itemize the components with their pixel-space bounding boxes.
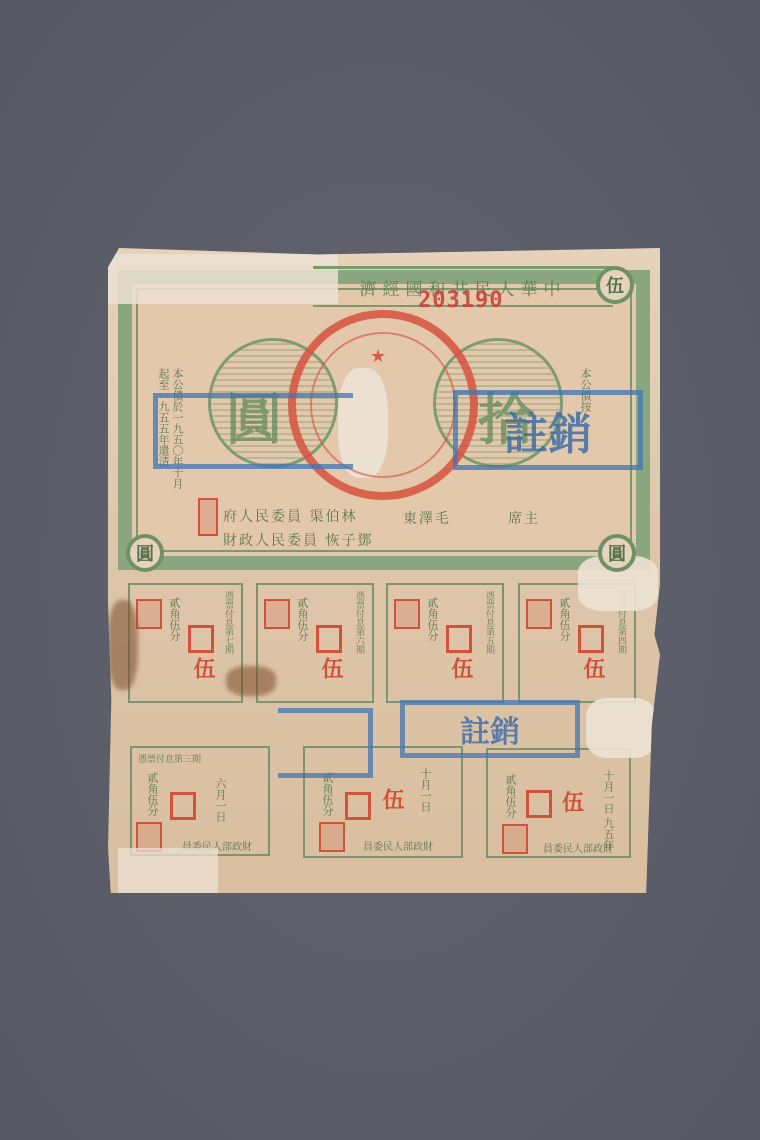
- coupon-label: 貳角伍分: [502, 774, 518, 818]
- bond-certificate: 伍 圓 圓 中華人民共和國經濟 203190 圓 拾 本公債於一九五〇年十月起至…: [108, 248, 660, 893]
- coupon-date: 六月一日: [212, 778, 228, 822]
- serial-number: 203190: [418, 288, 503, 313]
- coupon-amount: 伍: [316, 657, 347, 679]
- coupon-label: 貳角伍分: [556, 597, 572, 641]
- signature-left-2: 鄧子恢 員委民人政財: [223, 530, 373, 550]
- coupon-seal: [502, 824, 528, 854]
- cancel-stamp-text: 註銷: [460, 707, 520, 751]
- coupon-seal: [526, 599, 552, 629]
- signature-right-1: 毛澤東: [403, 508, 451, 528]
- coupon-amount: 伍: [188, 657, 219, 679]
- coupon-unit-box: [526, 790, 552, 818]
- coupon-label: 貳角伍分: [166, 597, 182, 641]
- blue-cancel-stamp-left: [153, 393, 353, 469]
- coupon-seal: [136, 599, 162, 629]
- coupon-7: 貳角伍分 伍 十月一日 九五年 財政部人民委員: [486, 748, 631, 858]
- star-icon: ★: [370, 346, 386, 367]
- coupon-amount: 伍: [578, 657, 609, 679]
- coupon-date: 十月一日: [417, 768, 433, 812]
- corner-char: 伍: [606, 272, 624, 298]
- coupon-label: 貳角伍分: [424, 597, 440, 641]
- coupon-date: 十月一日 九五年: [600, 770, 616, 851]
- corner-char: 圓: [608, 540, 626, 566]
- corner-char: 圓: [136, 540, 154, 566]
- paper-worn-bottom: [118, 848, 218, 893]
- coupon-seal: [264, 599, 290, 629]
- coupon-unit-box: [316, 625, 342, 653]
- coupon-unit-box: [170, 792, 196, 820]
- paper-torn-edge: [586, 698, 656, 758]
- signature-left-1: 林伯渠 員委民人府: [223, 506, 357, 526]
- coupon-amount: 伍: [446, 657, 477, 679]
- paper-worn-patch: [108, 254, 338, 304]
- coupon-5: 憑票付息第三期 貳角伍分 六月一日 財政部人民委員: [130, 746, 270, 856]
- coupon-header: 憑票付息第六期: [353, 591, 366, 695]
- coupon-footer: 財政部人民委員: [543, 840, 613, 855]
- coupon-unit-box: [188, 625, 214, 653]
- brown-stain: [226, 666, 276, 696]
- coupon-amount: 伍: [377, 788, 408, 810]
- blue-cancel-stamp-right: 註銷: [453, 390, 643, 470]
- corner-ornament-bottom-right: 圓: [598, 534, 636, 572]
- corner-ornament-bottom-left: 圓: [126, 534, 164, 572]
- coupon-unit-box: [446, 625, 472, 653]
- corner-ornament-top-right: 伍: [596, 266, 634, 304]
- coupon-3: 憑票付息第五期 貳角伍分 伍: [386, 583, 504, 703]
- coupon-label: 貳角伍分: [144, 772, 160, 816]
- coupon-header: 憑票付息第五期: [483, 591, 496, 695]
- coupon-unit-box: [578, 625, 604, 653]
- coupon-unit-box: [345, 792, 371, 820]
- blue-cancel-stamp-coupon-left: [278, 708, 373, 778]
- coupon-amount: 伍: [562, 786, 584, 817]
- coupon-seal: [319, 822, 345, 852]
- blue-cancel-stamp-coupon-right: 註銷: [400, 700, 580, 758]
- coupon-seal: [394, 599, 420, 629]
- signature-right-2: 主席: [508, 508, 540, 528]
- cancel-stamp-text: 註銷: [504, 398, 592, 462]
- brown-stain: [108, 600, 138, 690]
- small-red-seal: [198, 498, 218, 536]
- coupon-footer: 財政部人民委員: [363, 838, 433, 853]
- coupon-label: 貳角伍分: [319, 772, 335, 816]
- coupon-label: 貳角伍分: [294, 597, 310, 641]
